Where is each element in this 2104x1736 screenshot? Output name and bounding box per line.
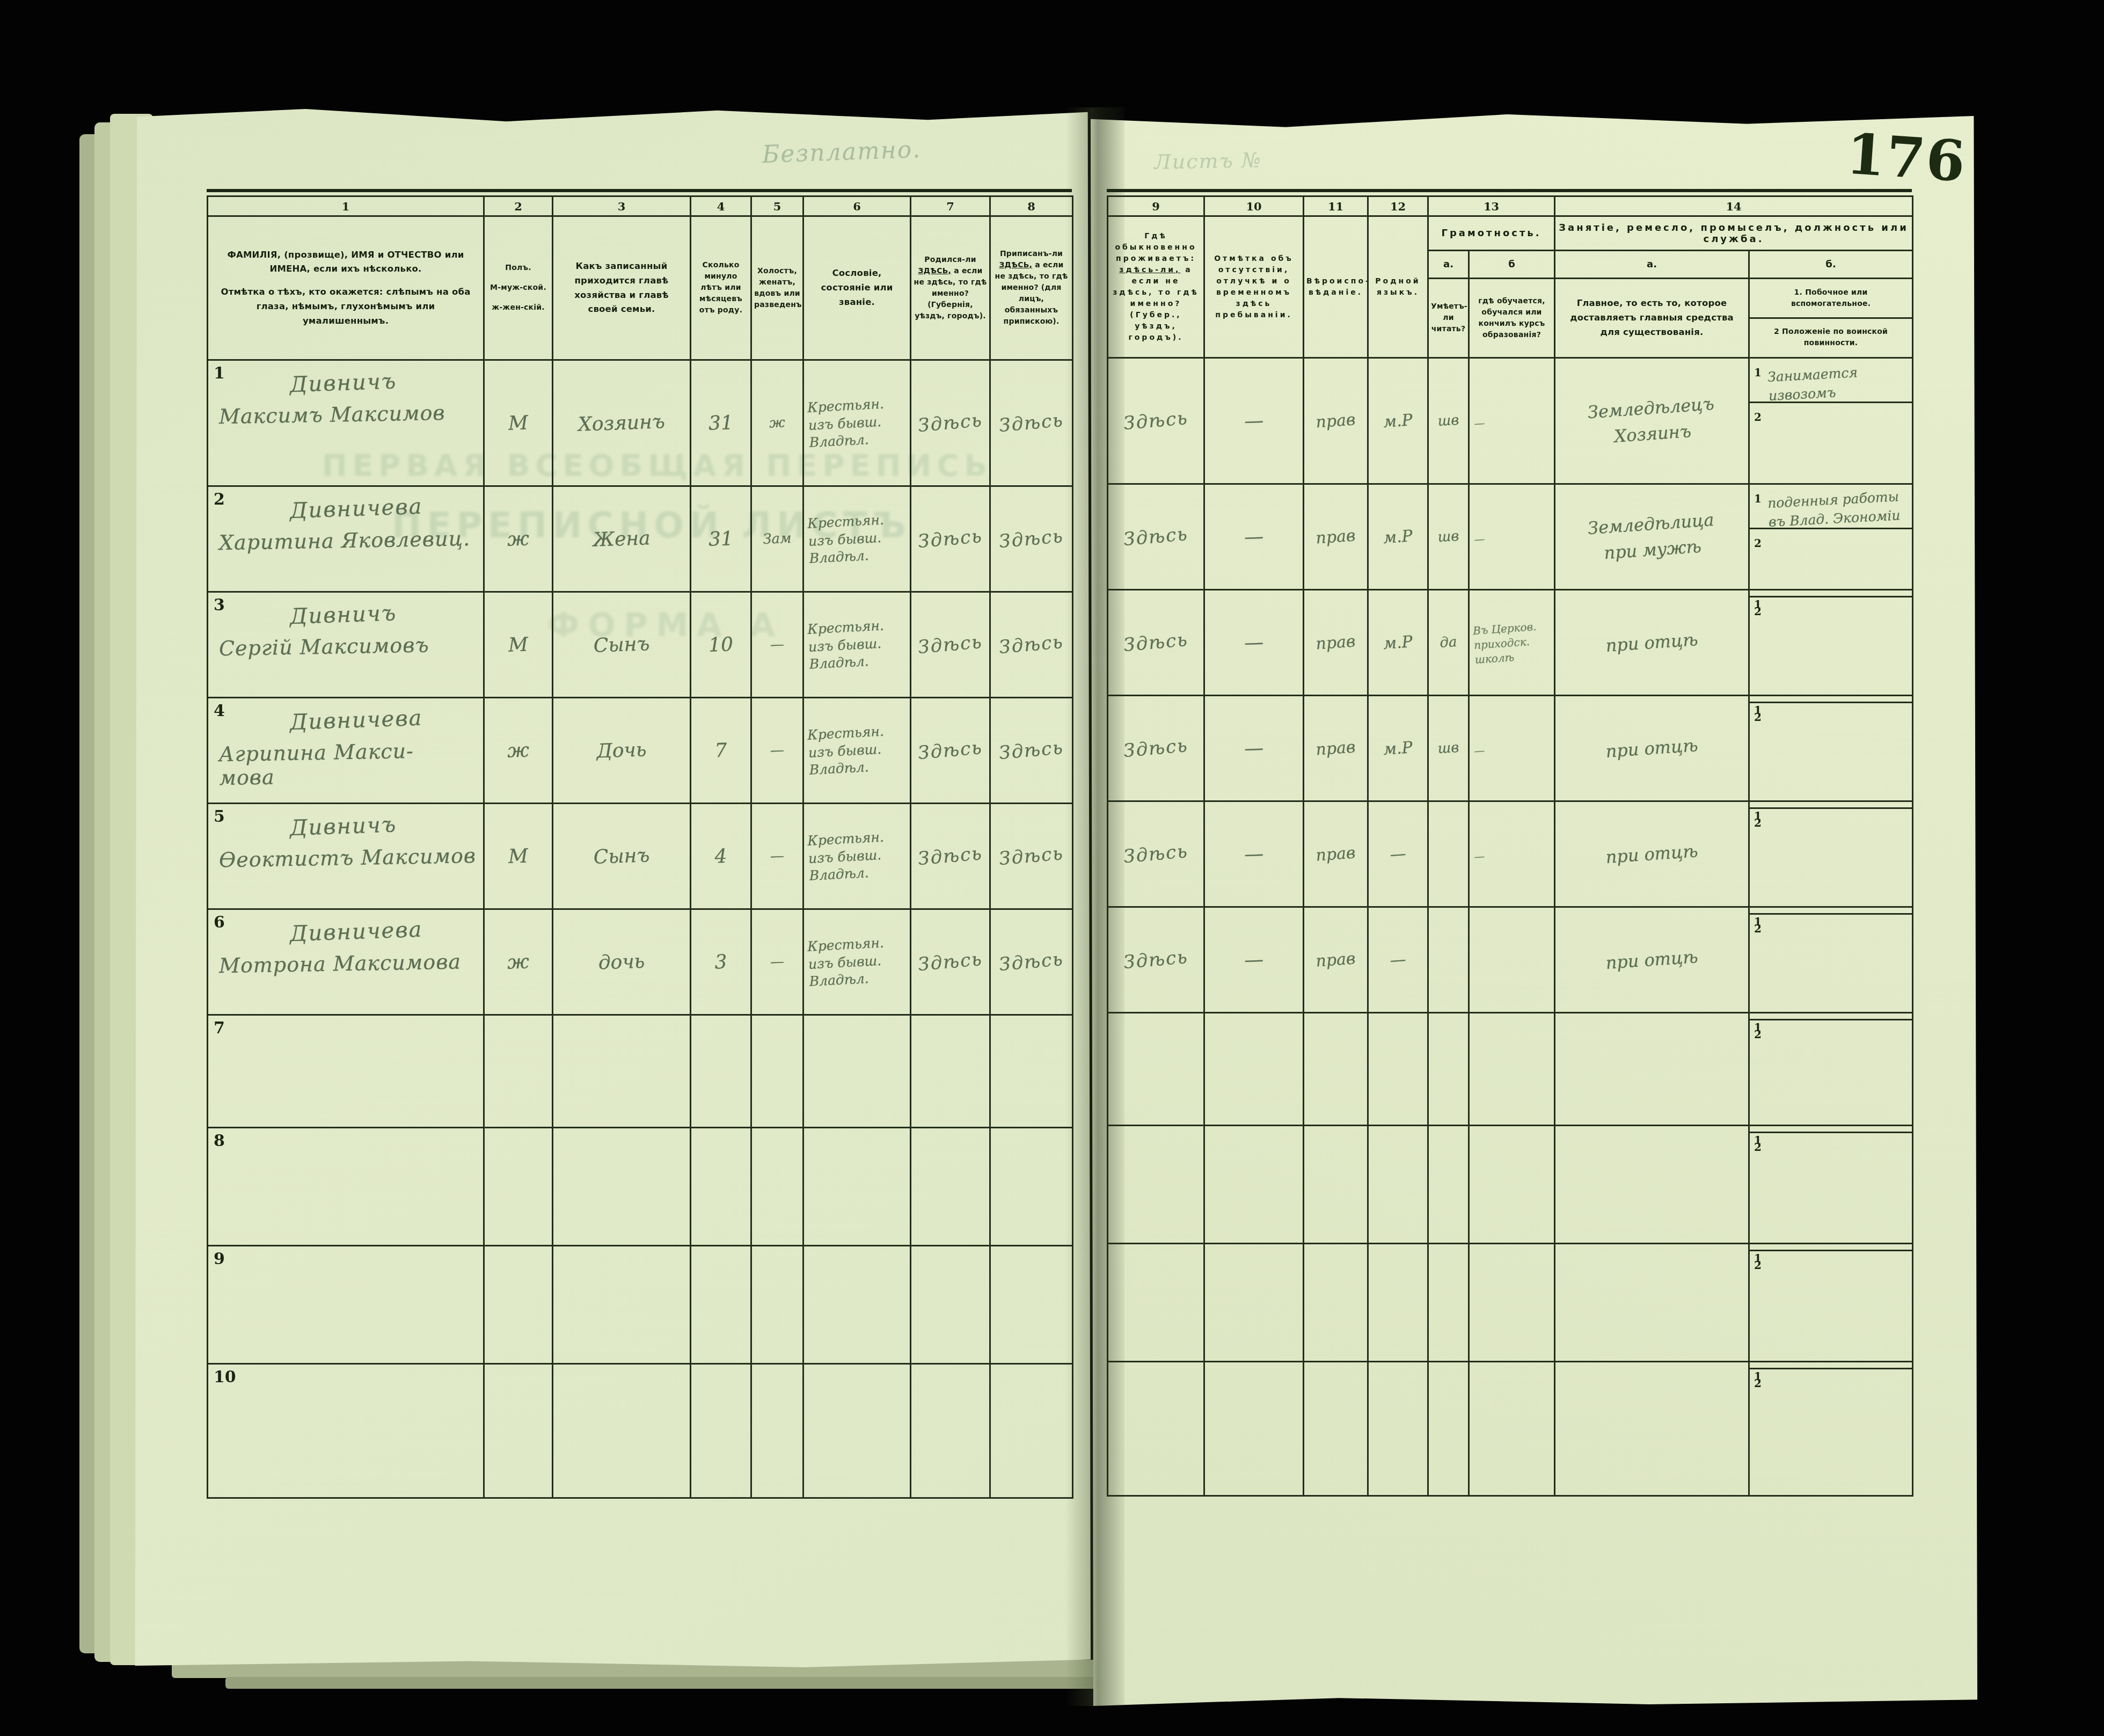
col14b-letter: б.	[1749, 251, 1913, 279]
marital-cell	[751, 1364, 803, 1498]
side-occupation-1: 1	[1750, 1019, 1912, 1020]
literacy-school-cell: Въ Церков. приходск. школѣ	[1469, 590, 1555, 696]
birthplace-cell: Здѣсь	[911, 909, 990, 1015]
residence-cell	[1108, 1126, 1204, 1244]
column-number-row: 9 10 11 12 13 14	[1108, 196, 1913, 216]
residence-cell	[1108, 1362, 1204, 1496]
birthplace-cell: Здѣсь	[911, 804, 990, 909]
absence-cell: —	[1204, 696, 1304, 801]
given-name-handwriting: Максимъ Максимов	[219, 400, 483, 429]
residence-cell: Здѣсь	[1108, 358, 1204, 484]
table-row: Здѣсь — прав м.Р шв — Земледѣлецъ Хозяин…	[1108, 358, 1913, 484]
literacy-school-cell: —	[1469, 484, 1555, 590]
age-cell: 31	[691, 360, 751, 486]
literacy-school-cell: —	[1469, 696, 1555, 801]
age-cell: 7	[691, 698, 751, 804]
sex-cell	[484, 1364, 553, 1498]
estate-cell: Крестьян. изъ бывш. Владѣл.	[803, 804, 911, 909]
table-row: 5 Дивничъ Ѳеоктистъ Максимов М Сынъ 4 — …	[208, 804, 1073, 909]
residence-cell: Здѣсь	[1108, 907, 1204, 1013]
age-cell: 3	[691, 909, 751, 1015]
surname-handwriting: Дивничъ	[289, 598, 482, 629]
name-cell: 9	[208, 1246, 484, 1364]
literacy-school-cell	[1469, 1362, 1555, 1496]
name-cell: 8	[208, 1128, 484, 1246]
given-name-handwriting: Агрипина Макси- мова	[218, 738, 482, 790]
side-occupation-1: 1	[1750, 1250, 1912, 1251]
literacy-school-cell	[1469, 1013, 1555, 1126]
birthplace-cell: Здѣсь	[911, 698, 990, 804]
col8-header: Приписанъ-ли ЗДѢСЬ, а если не здѣсь, то …	[990, 216, 1073, 360]
col11-number: 11	[1304, 196, 1368, 216]
col14b-header: 1. Побочное или вспомогательное. 2 Полож…	[1749, 279, 1913, 358]
birthplace-cell	[911, 1015, 990, 1128]
bleed-through-handwriting: Листъ №	[1154, 148, 1262, 173]
registration-cell	[990, 1364, 1073, 1498]
language-cell	[1368, 1362, 1428, 1496]
table-row: 1 2	[1108, 1126, 1913, 1244]
literacy-reads-cell: шв	[1428, 696, 1469, 801]
col9-number: 9	[1108, 196, 1204, 216]
religion-cell: прав	[1304, 484, 1368, 590]
age-cell: 4	[691, 804, 751, 909]
table-row: 8	[208, 1128, 1073, 1246]
name-cell: 6 Дивничева Мотрона Максимова	[208, 909, 484, 1015]
side-occupation-cell: 1 2	[1749, 801, 1913, 907]
religion-cell	[1304, 1362, 1368, 1496]
side-occupation-1: 1 Занимается извозомъ	[1750, 364, 1912, 403]
residence-cell	[1108, 1244, 1204, 1362]
age-cell	[691, 1015, 751, 1128]
religion-cell: прав	[1304, 907, 1368, 1013]
residence-cell	[1108, 1013, 1204, 1126]
religion-cell: прав	[1304, 696, 1368, 801]
absence-cell	[1204, 1244, 1304, 1362]
row-number: 7	[214, 1019, 225, 1038]
absence-cell	[1204, 1126, 1304, 1244]
col7-number: 7	[911, 196, 990, 216]
col13-number: 13	[1428, 196, 1555, 216]
side-occupation-1: 1 поденныя работы въ Влад. Экономіи	[1750, 490, 1912, 529]
birthplace-cell	[911, 1128, 990, 1246]
sex-cell: ж	[484, 909, 553, 1015]
literacy-reads-cell	[1428, 907, 1469, 1013]
sex-cell: ж	[484, 486, 553, 592]
side-occupation-1: 1	[1750, 807, 1912, 809]
table-row: 1 2	[1108, 1244, 1913, 1362]
relation-cell: Сынъ	[553, 592, 691, 698]
side-occupation-cell: 1 2	[1749, 1362, 1913, 1496]
given-name-handwriting	[219, 1372, 482, 1377]
main-occupation-cell: при отцѣ	[1555, 801, 1749, 907]
name-cell: 4 Дивничева Агрипина Макси- мова	[208, 698, 484, 804]
residence-cell: Здѣсь	[1108, 801, 1204, 907]
given-name-handwriting	[219, 1023, 482, 1028]
side-occupation-cell: 1 2	[1749, 1013, 1913, 1126]
registration-cell: Здѣсь	[990, 486, 1073, 592]
relation-cell: Сынъ	[553, 804, 691, 909]
col10-number: 10	[1204, 196, 1304, 216]
surname-handwriting: Дивничъ	[289, 366, 482, 397]
literacy-school-cell	[1469, 1244, 1555, 1362]
sex-cell: М	[484, 804, 553, 909]
col14a-header: Главное, то есть то, которое доставляетъ…	[1555, 279, 1749, 358]
table-row: Здѣсь — прав — — при отцѣ 1 2	[1108, 801, 1913, 907]
side-occupation-1: 1	[1750, 1368, 1912, 1369]
row-number: 3	[214, 596, 225, 615]
registration-cell: Здѣсь	[990, 909, 1073, 1015]
birthplace-cell: Здѣсь	[911, 592, 990, 698]
birthplace-cell: Здѣсь	[911, 360, 990, 486]
sub-index-2: 2	[1754, 1141, 1762, 1154]
estate-cell: Крестьян. изъ бывш. Владѣл.	[803, 486, 911, 592]
registration-cell: Здѣсь	[990, 360, 1073, 486]
age-cell	[691, 1364, 751, 1498]
sex-cell	[484, 1015, 553, 1128]
residence-cell: Здѣсь	[1108, 590, 1204, 696]
col14a-letter: а.	[1555, 251, 1749, 279]
relation-cell: Дочь	[553, 698, 691, 804]
language-cell	[1368, 1013, 1428, 1126]
literacy-reads-cell: шв	[1428, 484, 1469, 590]
sub-index-2: 2	[1754, 537, 1762, 550]
language-cell: —	[1368, 907, 1428, 1013]
age-cell	[691, 1246, 751, 1364]
side-occupation-cell: 1 поденныя работы въ Влад. Экономіи 2	[1749, 484, 1913, 590]
marital-cell: Зам	[751, 486, 803, 592]
table-row: 2 Дивничева Харитина Яковлевиц. ж Жена 3…	[208, 486, 1073, 592]
table-row: Здѣсь — прав — при отцѣ 1 2	[1108, 907, 1913, 1013]
marital-cell	[751, 1128, 803, 1246]
estate-cell: Крестьян. изъ бывш. Владѣл.	[803, 909, 911, 1015]
main-occupation-cell: при отцѣ	[1555, 907, 1749, 1013]
surname-handwriting	[290, 1134, 482, 1140]
side-occupation-cell: 1 2	[1749, 907, 1913, 1013]
side-occupation-cell: 1 2	[1749, 1126, 1913, 1244]
relation-cell: дочь	[553, 909, 691, 1015]
given-name-handwriting	[219, 1136, 482, 1141]
residence-cell: Здѣсь	[1108, 696, 1204, 801]
surname-handwriting: Дивничева	[289, 915, 482, 946]
folio-page-number: 176	[1844, 120, 1968, 194]
side-occupation-cell: 1 2	[1749, 1244, 1913, 1362]
main-occupation-cell	[1555, 1013, 1749, 1126]
sub-index-2: 2	[1754, 711, 1762, 724]
occupation-group-header: Занятіе, ремесло, промыселъ, должность и…	[1555, 216, 1913, 251]
registration-cell: Здѣсь	[990, 698, 1073, 804]
side-occupation-1: 1	[1750, 913, 1912, 915]
relation-cell	[553, 1015, 691, 1128]
table-row: 4 Дивничева Агрипина Макси- мова ж Дочь …	[208, 698, 1073, 804]
marital-cell: ж	[751, 360, 803, 486]
literacy-reads-cell: шв	[1428, 358, 1469, 484]
col4-header: Сколько минуло лѣтъ или мѣсяцевъ отъ род…	[691, 216, 751, 360]
side-occupation-1: 1	[1750, 1132, 1912, 1133]
literacy-reads-cell	[1428, 801, 1469, 907]
sex-cell	[484, 1246, 553, 1364]
sub-index-2: 2	[1754, 1259, 1762, 1272]
row-number: 6	[214, 913, 225, 932]
col4-number: 4	[691, 196, 751, 216]
table-row: 10	[208, 1364, 1073, 1498]
literacy-reads-cell	[1428, 1362, 1469, 1496]
bleed-through-handwriting: Безплатно.	[762, 136, 922, 169]
column-number-row: 1 2 3 4 5 6 7 8	[208, 196, 1073, 216]
name-cell: 1 Дивничъ Максимъ Максимов	[208, 360, 484, 486]
col9-header: Гдѣ обыкновенно проживаетъ: здѣсь-ли, а …	[1108, 216, 1204, 358]
registration-cell: Здѣсь	[990, 804, 1073, 909]
sub-index-2: 2	[1754, 816, 1762, 829]
col1-header: ФАМИЛІЯ, (прозвище), ИМЯ и ОТЧЕСТВО или …	[208, 216, 484, 360]
side-occupation-1: 1	[1750, 702, 1912, 703]
surname-handwriting: Дивничева	[289, 492, 482, 523]
table-row: 9	[208, 1246, 1073, 1364]
absence-cell: —	[1204, 484, 1304, 590]
birthplace-cell	[911, 1364, 990, 1498]
table-row: 1 2	[1108, 1013, 1913, 1126]
col6-header: Сословіе, состояніе или званіе.	[803, 216, 911, 360]
col11-header: Вѣроиспо-вѣданіе.	[1304, 216, 1368, 358]
surname-handwriting	[290, 1021, 482, 1027]
col5-number: 5	[751, 196, 803, 216]
row-number: 10	[214, 1368, 236, 1387]
birthplace-cell	[911, 1246, 990, 1364]
col13a-header: Умѣетъ-ли читать?	[1428, 279, 1469, 358]
main-occupation-cell	[1555, 1126, 1749, 1244]
estate-cell: Крестьян. изъ бывш. Владѣл.	[803, 592, 911, 698]
sex-cell: М	[484, 592, 553, 698]
absence-cell	[1204, 1013, 1304, 1126]
given-name-handwriting: Мотрона Максимова	[219, 950, 483, 978]
main-occupation-cell: Земледѣлецъ Хозяинъ	[1555, 358, 1749, 484]
sex-cell	[484, 1128, 553, 1246]
col1-number: 1	[208, 196, 484, 216]
table-row: 1 2	[1108, 1362, 1913, 1496]
literacy-school-cell: —	[1469, 801, 1555, 907]
language-cell	[1368, 1126, 1428, 1244]
sub-index-1: 1	[1754, 366, 1762, 379]
main-occupation-cell: при отцѣ	[1555, 696, 1749, 801]
sub-index-2: 2	[1754, 1028, 1762, 1041]
literacy-school-cell	[1469, 907, 1555, 1013]
religion-cell: прав	[1304, 801, 1368, 907]
table-row: 3 Дивничъ Сергій Максимовъ М Сынъ 10 — К…	[208, 592, 1073, 698]
marital-cell: —	[751, 698, 803, 804]
name-cell: 3 Дивничъ Сергій Максимовъ	[208, 592, 484, 698]
absence-cell: —	[1204, 590, 1304, 696]
row-number: 5	[214, 807, 225, 826]
table-row: Здѣсь — прав м.Р да Въ Церков. приходск.…	[1108, 590, 1913, 696]
absence-cell: —	[1204, 801, 1304, 907]
side-occupation-cell: 1 2	[1749, 590, 1913, 696]
literacy-reads-cell: да	[1428, 590, 1469, 696]
estate-cell: Крестьян. изъ бывш. Владѣл.	[803, 360, 911, 486]
language-cell: м.Р	[1368, 696, 1428, 801]
religion-cell: прав	[1304, 358, 1368, 484]
sex-cell: ж	[484, 698, 553, 804]
row-number: 9	[214, 1250, 225, 1268]
given-name-handwriting: Харитина Яковлевиц.	[219, 527, 483, 555]
column-header-row: ФАМИЛІЯ, (прозвище), ИМЯ и ОТЧЕСТВО или …	[208, 216, 1073, 360]
sex-cell: М	[484, 360, 553, 486]
registration-cell	[990, 1128, 1073, 1246]
col13b-letter: б	[1469, 251, 1555, 279]
estate-cell	[803, 1246, 911, 1364]
age-cell: 10	[691, 592, 751, 698]
language-cell: —	[1368, 801, 1428, 907]
marital-cell	[751, 1015, 803, 1128]
given-name-handwriting: Ѳеоктистъ Максимов	[219, 844, 483, 872]
absence-cell	[1204, 1362, 1304, 1496]
surname-handwriting: Дивничева	[289, 704, 482, 735]
table-row: Здѣсь — прав м.Р шв — Земледѣлица при му…	[1108, 484, 1913, 590]
surname-handwriting: Дивничъ	[289, 809, 482, 841]
estate-cell	[803, 1015, 911, 1128]
marital-cell: —	[751, 592, 803, 698]
language-cell: м.Р	[1368, 358, 1428, 484]
language-cell: м.Р	[1368, 590, 1428, 696]
estate-cell	[803, 1364, 911, 1498]
estate-cell: Крестьян. изъ бывш. Владѣл.	[803, 698, 911, 804]
census-sheet-photo: { "page": { "folio_number": "176" }, "gh…	[0, 0, 2104, 1736]
name-cell: 7	[208, 1015, 484, 1128]
surname-handwriting	[290, 1252, 482, 1258]
col2-number: 2	[484, 196, 553, 216]
table-row: 7	[208, 1015, 1073, 1128]
sub-index-2: 2	[1754, 605, 1762, 618]
registration-cell	[990, 1015, 1073, 1128]
col14-number: 14	[1555, 196, 1913, 216]
religion-cell	[1304, 1244, 1368, 1362]
marital-cell	[751, 1246, 803, 1364]
relation-cell	[553, 1246, 691, 1364]
col3-header: Какъ записанный приходится главѣ хозяйст…	[553, 216, 691, 360]
sub-index-1: 1	[1754, 492, 1762, 505]
registration-cell: Здѣсь	[990, 592, 1073, 698]
col2-header: Полъ. М-муж-ской. ж-жен-скій.	[484, 216, 553, 360]
literacy-school-cell	[1469, 1126, 1555, 1244]
col8-number: 8	[990, 196, 1073, 216]
literacy-school-cell: —	[1469, 358, 1555, 484]
side-occupation-cell: 1 Занимается извозомъ 2	[1749, 358, 1913, 484]
religion-cell	[1304, 1013, 1368, 1126]
main-occupation-cell	[1555, 1362, 1749, 1496]
col6-number: 6	[803, 196, 911, 216]
surname-handwriting	[290, 1370, 482, 1376]
name-cell: 10	[208, 1364, 484, 1498]
relation-cell: Хозяинъ	[553, 360, 691, 486]
literacy-group-header: Грамотность.	[1428, 216, 1555, 251]
main-occupation-cell: Земледѣлица при мужѣ	[1555, 484, 1749, 590]
age-cell: 31	[691, 486, 751, 592]
table-row: 6 Дивничева Мотрона Максимова ж дочь 3 —…	[208, 909, 1073, 1015]
side-occupation-1: 1	[1750, 596, 1912, 597]
birthplace-cell: Здѣсь	[911, 486, 990, 592]
row-number: 4	[214, 702, 225, 720]
absence-cell: —	[1204, 907, 1304, 1013]
language-cell	[1368, 1244, 1428, 1362]
col7-header: Родился-ли ЗДѢСЬ, а если не здѣсь, то гд…	[911, 216, 990, 360]
sub-index-2: 2	[1754, 922, 1762, 935]
side-occupation-cell: 1 2	[1749, 696, 1913, 801]
census-table-right: 9 10 11 12 13 14 Гдѣ обыкновенно прожива…	[1107, 189, 1912, 1497]
relation-cell	[553, 1364, 691, 1498]
table-row: Здѣсь — прав м.Р шв — при отцѣ 1 2	[1108, 696, 1913, 801]
col10-header: Отмѣтка объ отсутствіи, отлучкѣ и о врем…	[1204, 216, 1304, 358]
registration-cell	[990, 1246, 1073, 1364]
name-cell: 2 Дивничева Харитина Яковлевиц.	[208, 486, 484, 592]
name-cell: 5 Дивничъ Ѳеоктистъ Максимов	[208, 804, 484, 909]
main-occupation-cell	[1555, 1244, 1749, 1362]
census-table-left: 1 2 3 4 5 6 7 8 ФАМИЛІЯ, (прозвище), ИМЯ…	[207, 189, 1072, 1499]
sub-index-2: 2	[1754, 1377, 1762, 1390]
col3-number: 3	[553, 196, 691, 216]
row-number: 1	[214, 364, 225, 383]
religion-cell	[1304, 1126, 1368, 1244]
table-row: 1 Дивничъ Максимъ Максимов М Хозяинъ 31 …	[208, 360, 1073, 486]
given-name-handwriting: Сергій Максимовъ	[219, 632, 483, 661]
marital-cell: —	[751, 804, 803, 909]
literacy-reads-cell	[1428, 1244, 1469, 1362]
group-header-row: Гдѣ обыкновенно проживаетъ: здѣсь-ли, а …	[1108, 216, 1913, 251]
residence-cell: Здѣсь	[1108, 484, 1204, 590]
col12-number: 12	[1368, 196, 1428, 216]
row-number: 2	[214, 490, 225, 509]
religion-cell: прав	[1304, 590, 1368, 696]
age-cell	[691, 1128, 751, 1246]
literacy-reads-cell	[1428, 1126, 1469, 1244]
main-occupation-cell: при отцѣ	[1555, 590, 1749, 696]
language-cell: м.Р	[1368, 484, 1428, 590]
literacy-reads-cell	[1428, 1013, 1469, 1126]
col13a-letter: а.	[1428, 251, 1469, 279]
estate-cell	[803, 1128, 911, 1246]
row-number: 8	[214, 1132, 225, 1150]
relation-cell: Жена	[553, 486, 691, 592]
relation-cell	[553, 1128, 691, 1246]
col13b-header: гдѣ обучается, обучался или кончилъ курс…	[1469, 279, 1555, 358]
sub-index-2: 2	[1754, 411, 1762, 424]
col5-header: Холостъ, женатъ, вдовъ или разведенъ.	[751, 216, 803, 360]
absence-cell: —	[1204, 358, 1304, 484]
given-name-handwriting	[219, 1254, 482, 1259]
marital-cell: —	[751, 909, 803, 1015]
col12-header: Родной языкъ.	[1368, 216, 1428, 358]
